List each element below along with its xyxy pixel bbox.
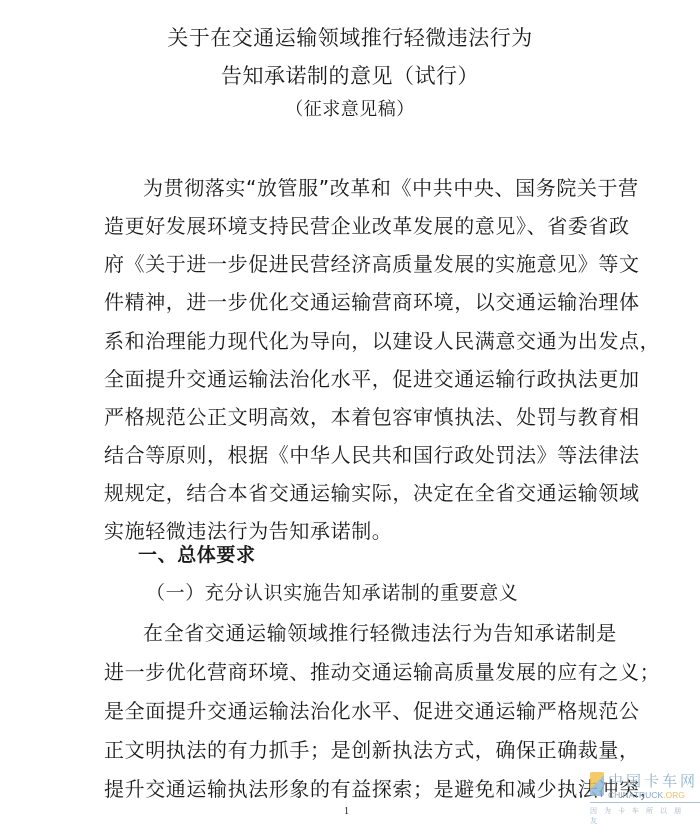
- tail-lines: [0, 0, 700, 825]
